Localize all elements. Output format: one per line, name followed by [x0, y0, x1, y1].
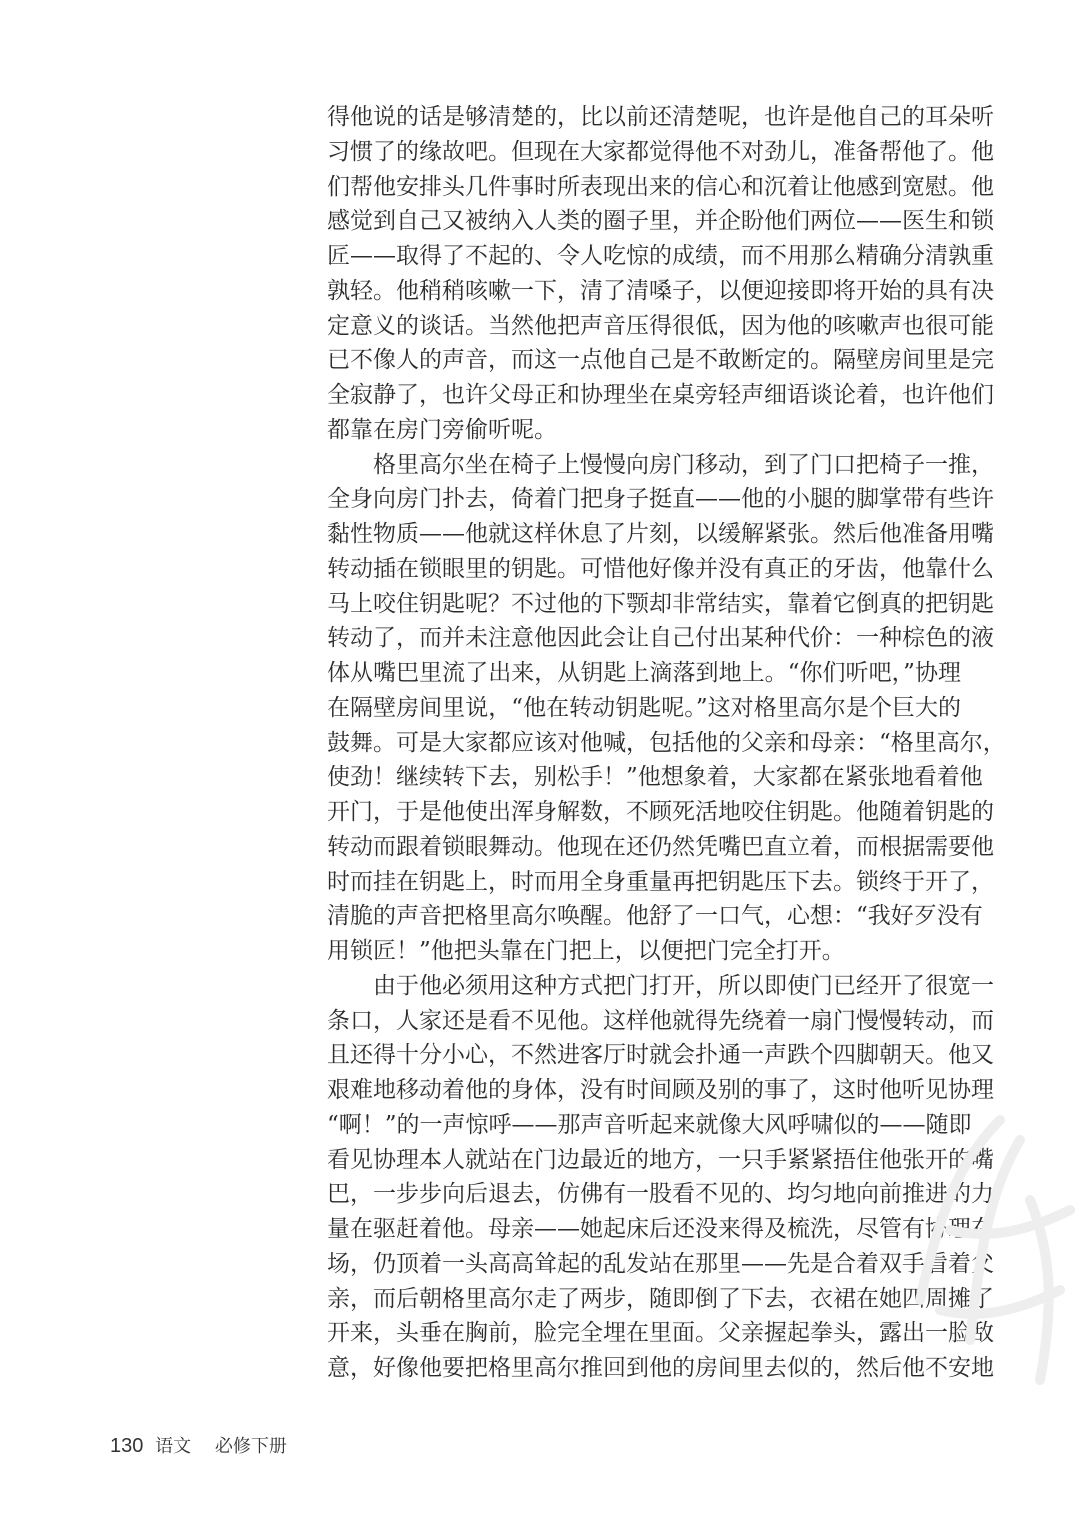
text-line: 们帮他安排头几件事时所表现出来的信心和沉着让他感到宽慰。他	[327, 170, 961, 205]
text-line: 开来，头垂在胸前，脸完全埋在里面。父亲握起拳头，露出一脸敌	[327, 1316, 961, 1351]
text-line: 看见协理本人就站在门边最近的地方，一只手紧紧捂住他张开的嘴	[327, 1143, 961, 1178]
body-text: 得他说的话是够清楚的，比以前还清楚呢，也许是他自己的耳朵听习惯了的缘故吧。但现在…	[327, 100, 961, 1386]
text-line: 转动而跟着锁眼舞动。他现在还仍然凭嘴巴直立着，而根据需要他	[327, 830, 961, 865]
text-line: 亲，而后朝格里高尔走了两步，随即倒了下去，衣裙在她四周摊了	[327, 1282, 961, 1317]
text-line: 得他说的话是够清楚的，比以前还清楚呢，也许是他自己的耳朵听	[327, 100, 961, 135]
text-line: 都靠在房门旁偷听呢。	[327, 413, 961, 448]
text-line: 转动了，而并未注意他因此会让自己付出某种代价：一种棕色的液	[327, 621, 961, 656]
text-line: 且还得十分小心，不然进客厅时就会扑通一声跌个四脚朝天。他又	[327, 1038, 961, 1073]
page-footer: 130 语文 必修下册	[110, 1432, 287, 1458]
text-line: 全寂静了，也许父母正和协理坐在桌旁轻声细语谈论着，也许他们	[327, 378, 961, 413]
text-line: 马上咬住钥匙呢？不过他的下颚却非常结实，靠着它倒真的把钥匙	[327, 587, 961, 622]
text-line: 习惯了的缘故吧。但现在大家都觉得他不对劲儿，准备帮他了。他	[327, 135, 961, 170]
text-line: 巴，一步步向后退去，仿佛有一股看不见的、均匀地向前推进的力	[327, 1177, 961, 1212]
text-line: “啊！”的一声惊呼——那声音听起来就像大风呼啸似的——随即	[327, 1108, 961, 1143]
text-line: 转动插在锁眼里的钥匙。可惜他好像并没有真正的牙齿，他靠什么	[327, 552, 961, 587]
text-line: 匠——取得了不起的、令人吃惊的成绩，而不用那么精确分清孰重	[327, 239, 961, 274]
text-line: 黏性物质——他就这样休息了片刻，以缓解紧张。然后他准备用嘴	[327, 517, 961, 552]
text-line: 量在驱赶着他。母亲——她起床后还没来得及梳洗，尽管有协理在	[327, 1212, 961, 1247]
volume-label: 必修下册	[215, 1436, 287, 1457]
text-line: 已不像人的声音，而这一点他自己是不敢断定的。隔壁房间里是完	[327, 343, 961, 378]
text-line: 在隔壁房间里说，“他在转动钥匙呢。”这对格里高尔是个巨大的	[327, 691, 961, 726]
text-line: 鼓舞。可是大家都应该对他喊，包括他的父亲和母亲：“格里高尔，	[327, 726, 961, 761]
text-line: 清脆的声音把格里高尔唤醒。他舒了一口气，心想：“我好歹没有	[327, 899, 961, 934]
text-line: 开门，于是他使出浑身解数，不顾死活地咬住钥匙。他随着钥匙的	[327, 795, 961, 830]
text-line: 使劲！继续转下去，别松手！”他想象着，大家都在紧张地看着他	[327, 760, 961, 795]
text-line: 场，仍顶着一头高高耸起的乱发站在那里——先是合着双手看着父	[327, 1247, 961, 1282]
text-line: 由于他必须用这种方式把门打开，所以即使门已经开了很宽一	[327, 969, 961, 1004]
text-line: 体从嘴巴里流了出来，从钥匙上滴落到地上。“你们听吧，”协理	[327, 656, 961, 691]
text-line: 条口，人家还是看不见他。这样他就得先绕着一扇门慢慢转动，而	[327, 1004, 961, 1039]
text-line: 全身向房门扑去，倚着门把身子挺直——他的小腿的脚掌带有些许	[327, 482, 961, 517]
text-line: 孰轻。他稍稍咳嗽一下，清了清嗓子，以便迎接即将开始的具有决	[327, 274, 961, 309]
text-line: 意，好像他要把格里高尔推回到他的房间里去似的，然后他不安地	[327, 1351, 961, 1386]
page-number: 130	[110, 1435, 143, 1457]
textbook-page: 得他说的话是够清楚的，比以前还清楚呢，也许是他自己的耳朵听习惯了的缘故吧。但现在…	[0, 0, 1080, 1527]
text-line: 感觉到自己又被纳入人类的圈子里，并企盼他们两位——医生和锁	[327, 204, 961, 239]
text-line: 艰难地移动着他的身体，没有时间顾及别的事了，这时他听见协理	[327, 1073, 961, 1108]
text-line: 格里高尔坐在椅子上慢慢向房门移动，到了门口把椅子一推，	[327, 448, 961, 483]
subject-label: 语文	[155, 1436, 191, 1457]
text-line: 用锁匠！”他把头靠在门把上，以便把门完全打开。	[327, 934, 961, 969]
text-line: 定意义的谈话。当然他把声音压得很低，因为他的咳嗽声也很可能	[327, 309, 961, 344]
text-line: 时而挂在钥匙上，时而用全身重量再把钥匙压下去。锁终于开了，	[327, 865, 961, 900]
